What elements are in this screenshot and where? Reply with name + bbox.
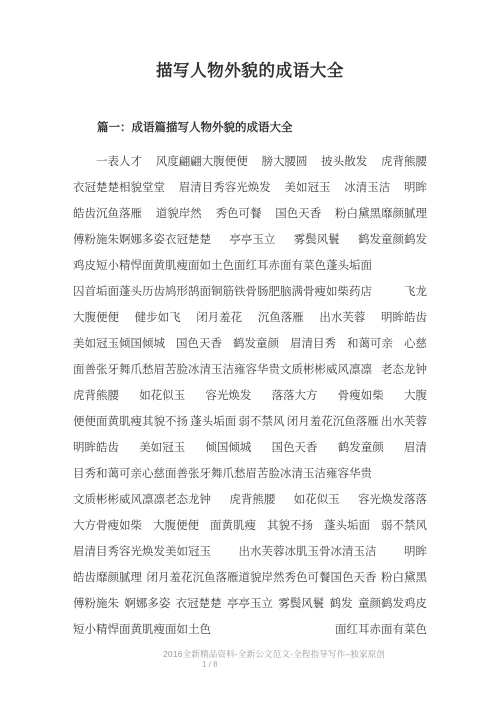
- idiom-segment: 面黄肌瘦: [210, 517, 256, 533]
- idiom-segment: 闭月羞花: [196, 309, 242, 325]
- idiom-segment: 雾鬓风鬟: [278, 595, 324, 611]
- idiom-segment: 明眸: [404, 179, 427, 195]
- idiom-segment: 沉鱼落雁: [258, 309, 304, 325]
- idiom-lines: 一表人才风度翩翩大腹便便膀大腰圆披头散发虎背熊腰衣冠楚楚相貌堂堂眉清目秀容光焕发…: [73, 148, 427, 642]
- idiom-line: 文质彬彬威风凛凛老态龙钟虎背熊腰如花似玉容光焕发落落: [73, 486, 427, 512]
- idiom-segment: 健步如飞: [135, 309, 181, 325]
- section-heading: 篇一：成语篇描写人物外貌的成语大全: [97, 119, 293, 135]
- idiom-segment: 和蔼可亲: [347, 335, 393, 351]
- idiom-segment: 大腹便便: [153, 517, 199, 533]
- idiom-segment: 虎背熊腰: [229, 491, 275, 507]
- idiom-segment: 眉清目秀容光焕发: [179, 179, 271, 195]
- idiom-segment: 眉清目秀: [290, 335, 336, 351]
- idiom-segment: 出水芙蓉冰肌玉骨冰清玉洁: [239, 543, 377, 559]
- idiom-segment: 闭月羞花沉鱼落雁: [287, 413, 379, 429]
- idiom-segment: 便便面黄肌瘦其貌不扬: [73, 413, 188, 429]
- idiom-line: 傅粉施朱婀娜多姿衣冠楚楚亭亭玉立雾鬓风鬟鹤发童颜鹤发鸡皮: [73, 590, 427, 616]
- idiom-segment: 明眸皓齿: [73, 439, 119, 455]
- idiom-segment: 文质彬彬威风凛凛老态龙钟: [73, 491, 211, 507]
- idiom-segment: 闭月羞花沉鱼落雁道貌岸然秀色可餐国色天香: [147, 569, 377, 585]
- idiom-segment: 美如冠玉: [285, 179, 331, 195]
- idiom-segment: 眉清目秀容光焕发美如冠玉: [73, 543, 211, 559]
- idiom-segment: 粉白黛黑靡颜腻理: [335, 205, 427, 221]
- idiom-segment: 容光焕发: [205, 387, 251, 403]
- document-title: 描写人物外貌的成语大全: [0, 57, 500, 81]
- document-page: 描写人物外貌的成语大全 篇一：成语篇描写人物外貌的成语大全 一表人才风度翩翩大腹…: [0, 0, 500, 708]
- footer-note: 2016全新精品资料-全新公文范文-全程指导写作–独家原创: [163, 648, 385, 660]
- idiom-segment: 如花似玉: [294, 491, 340, 507]
- idiom-segment: 衣冠楚楚相貌堂堂: [73, 179, 165, 195]
- idiom-segment: 美如冠玉倾国倾城: [73, 335, 165, 351]
- idiom-segment: 倾国倾城: [205, 439, 251, 455]
- idiom-segment: 飞龙: [404, 283, 427, 299]
- idiom-segment: 面红耳赤面有菜色: [335, 621, 427, 637]
- idiom-segment: 粉白黛黑: [381, 569, 427, 585]
- page-number: 1 / 8: [202, 660, 218, 669]
- idiom-segment: 道貌岸然: [156, 205, 202, 221]
- idiom-line: 目秀和蔼可亲心慈面善张牙舞爪愁眉苦脸冰清玉洁雍容华贵: [73, 460, 427, 486]
- idiom-line: 便便面黄肌瘦其貌不扬蓬头垢面弱不禁风闭月羞花沉鱼落雁出水芙蓉: [73, 408, 427, 434]
- idiom-segment: 国色天香: [275, 205, 321, 221]
- idiom-segment: 眉清: [404, 439, 427, 455]
- idiom-segment: 美如冠玉: [139, 439, 185, 455]
- idiom-segment: 面善张牙舞爪愁眉苦脸冰清玉洁雍容华贵文质彬彬威风凛凛: [73, 361, 372, 377]
- idiom-segment: 心慈: [404, 335, 427, 351]
- idiom-line: 短小精悍面黄肌瘦面如土色面红耳赤面有菜色: [73, 616, 427, 642]
- idiom-segment: 皓齿沉鱼落雁: [73, 205, 142, 221]
- idiom-segment: 大方骨瘦如柴: [73, 517, 142, 533]
- idiom-segment: 披头散发: [321, 153, 367, 169]
- idiom-segment: 囚首垢面蓬头历齿鸠形鹄面铜筋铁骨肠肥脑满骨瘦如柴药店: [73, 283, 372, 299]
- idiom-line: 大腹便便健步如飞闭月羞花沉鱼落雁出水芙蓉明眸皓齿: [73, 304, 427, 330]
- idiom-segment: 鸡皮短小精悍面黄肌瘦面如土色面红耳赤面有菜色蓬头垢面: [73, 257, 372, 273]
- idiom-segment: 大腹: [404, 387, 427, 403]
- idiom-segment: 出水芙蓉: [319, 309, 365, 325]
- idiom-segment: 骨瘦如柴: [338, 387, 384, 403]
- idiom-segment: 明眸: [404, 543, 427, 559]
- idiom-segment: 落落大方: [272, 387, 318, 403]
- idiom-segment: 鹤发童颜: [338, 439, 384, 455]
- idiom-segment: 如花似玉: [139, 387, 185, 403]
- idiom-segment: 弱不禁风: [239, 413, 285, 429]
- idiom-segment: 膀大腰圆: [262, 153, 308, 169]
- idiom-segment: 风度翩翩大腹便便: [156, 153, 248, 169]
- idiom-line: 囚首垢面蓬头历齿鸠形鹄面铜筋铁骨肠肥脑满骨瘦如柴药店飞龙: [73, 278, 427, 304]
- idiom-segment: 傅粉施朱婀娜多姿衣冠楚楚: [73, 231, 211, 247]
- idiom-segment: 容光焕发落落: [358, 491, 427, 507]
- idiom-segment: 童颜鹤发鸡皮: [358, 595, 427, 611]
- idiom-segment: 虎背熊腰: [381, 153, 427, 169]
- idiom-line: 面善张牙舞爪愁眉苦脸冰清玉洁雍容华贵文质彬彬威风凛凛老态龙钟: [73, 356, 427, 382]
- idiom-segment: 亭亭玉立: [229, 231, 275, 247]
- idiom-segment: 雾鬓风鬟: [294, 231, 340, 247]
- idiom-segment: 蓬头垢面: [324, 517, 370, 533]
- idiom-segment: 明眸皓齿: [381, 309, 427, 325]
- idiom-segment: 短小精悍面黄肌瘦面如土色: [73, 621, 211, 637]
- idiom-segment: 亭亭玉立: [227, 595, 273, 611]
- idiom-segment: 傅粉施朱: [73, 595, 119, 611]
- idiom-line: 皓齿靡颜腻理闭月羞花沉鱼落雁道貌岸然秀色可餐国色天香粉白黛黑: [73, 564, 427, 590]
- idiom-line: 一表人才风度翩翩大腹便便膀大腰圆披头散发虎背熊腰: [73, 148, 427, 174]
- idiom-segment: 鹤发童颜: [233, 335, 279, 351]
- idiom-segment: 国色天香: [272, 439, 318, 455]
- idiom-line: 大方骨瘦如柴大腹便便面黄肌瘦其貌不扬蓬头垢面弱不禁风: [73, 512, 427, 538]
- idiom-segment: 老态龙钟: [381, 361, 427, 377]
- idiom-line: 皓齿沉鱼落雁道貌岸然秀色可餐国色天香粉白黛黑靡颜腻理: [73, 200, 427, 226]
- idiom-segment: 虎背熊腰: [73, 387, 119, 403]
- idiom-segment: 大腹便便: [73, 309, 119, 325]
- idiom-segment: 婀娜多姿: [124, 595, 170, 611]
- idiom-segment: 国色天香: [176, 335, 222, 351]
- idiom-segment: 弱不禁风: [381, 517, 427, 533]
- idiom-line: 眉清目秀容光焕发美如冠玉出水芙蓉冰肌玉骨冰清玉洁明眸: [73, 538, 427, 564]
- idiom-segment: 蓬头垢面: [190, 413, 236, 429]
- idiom-segment: 其貌不扬: [267, 517, 313, 533]
- idiom-line: 傅粉施朱婀娜多姿衣冠楚楚亭亭玉立雾鬓风鬟鹤发童颜鹤发: [73, 226, 427, 252]
- idiom-segment: 鹤发: [330, 595, 353, 611]
- idiom-segment: 鹤发童颜鹤发: [358, 231, 427, 247]
- idiom-line: 鸡皮短小精悍面黄肌瘦面如土色面红耳赤面有菜色蓬头垢面: [73, 252, 427, 278]
- idiom-segment: 目秀和蔼可亲心慈面善张牙舞爪愁眉苦脸冰清玉洁雍容华贵: [73, 465, 372, 481]
- idiom-segment: 秀色可餐: [216, 205, 262, 221]
- idiom-segment: 一表人才: [96, 153, 142, 169]
- idiom-line: 美如冠玉倾国倾城国色天香鹤发童颜眉清目秀和蔼可亲心慈: [73, 330, 427, 356]
- idiom-line: 衣冠楚楚相貌堂堂眉清目秀容光焕发美如冠玉冰清玉洁明眸: [73, 174, 427, 200]
- idiom-segment: 冰清玉洁: [344, 179, 390, 195]
- idiom-segment: 出水芙蓉: [381, 413, 427, 429]
- idiom-line: 虎背熊腰如花似玉容光焕发落落大方骨瘦如柴大腹: [73, 382, 427, 408]
- idiom-segment: 皓齿靡颜腻理: [73, 569, 142, 585]
- idiom-line: 明眸皓齿美如冠玉倾国倾城国色天香鹤发童颜眉清: [73, 434, 427, 460]
- idiom-segment: 衣冠楚楚: [176, 595, 222, 611]
